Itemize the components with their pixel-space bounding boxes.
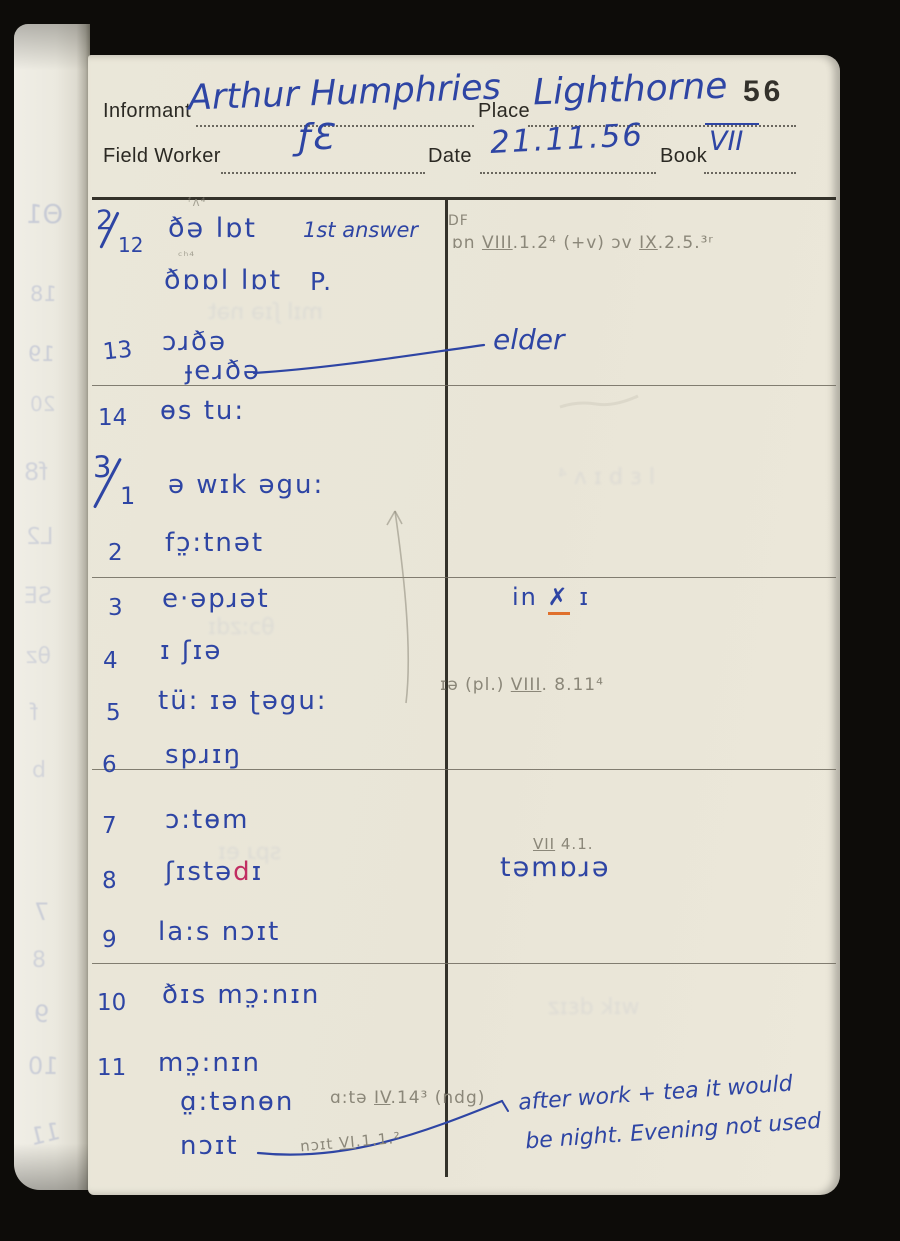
ghost-showthrough: 8 — [32, 948, 46, 973]
book-rule — [704, 172, 796, 174]
field-note-line1: after work + tea it would — [517, 1071, 793, 1115]
pencil-text: .1.1.² — [355, 1129, 402, 1151]
entry-number: 4 — [103, 648, 118, 674]
place-label: Place — [478, 100, 530, 123]
book-label: Book — [660, 145, 707, 168]
ghost-showthrough: wɪk dɛɪz — [548, 995, 639, 1020]
pencil-text: 4.1. — [555, 835, 593, 853]
phonetic-transcription: ɟeɹðə — [185, 356, 261, 386]
phonetic-transcription: ɵs tu: — [160, 396, 245, 426]
underlined-roman-numeral: IV — [374, 1088, 390, 1108]
pencil-reference-note: ɪə (pl.) VIII. 8.11⁴ — [440, 675, 604, 695]
date-rule — [480, 172, 656, 174]
ghost-showthrough: 10 — [28, 1052, 59, 1080]
phonetic-segment: ɪ — [252, 857, 264, 887]
ghost-showthrough: f — [30, 700, 38, 726]
ghost-showthrough: l ɛ b ɪ ʌ ⁴ — [558, 465, 655, 490]
date-label: Date — [428, 145, 472, 168]
book-value: VII — [705, 123, 759, 157]
ghost-showthrough: b — [32, 758, 46, 783]
underlined-roman-numeral: VIII — [511, 675, 542, 695]
ghost-showthrough: 20 — [30, 392, 55, 416]
ink-text: ɪ — [570, 583, 591, 611]
notebook-page: mɪl ʃɪə nət l ɛ b ɪ ʌ ⁴ θɔ:zdɪ spɹ eɪ wɪ… — [88, 55, 840, 1195]
scanned-notebook-photo: { "header": { "informant_label": "Inform… — [0, 0, 900, 1241]
phonetic-annotation-tomorrow: təmɒɹə — [500, 852, 610, 883]
ghost-showthrough: f8 — [24, 458, 48, 486]
entry-number: 3 — [108, 595, 123, 621]
entry-number: 2 — [108, 540, 123, 566]
pencil-reference-note: ɑ:tə IV.14³ (ndg) — [330, 1088, 485, 1108]
pencil-text: ɒn — [452, 233, 482, 253]
pencil-text: .2.5.³ʳ — [658, 233, 714, 253]
ghost-showthrough: Θ1 — [26, 200, 63, 230]
ghost-showthrough: 19 — [28, 342, 55, 366]
phonetic-transcription: ə wɪk əgu: — [168, 470, 324, 500]
phonetic-transcription: P. — [310, 267, 333, 296]
pencil-text: ɑ:tə — [330, 1088, 374, 1108]
date-value: 21.11.56 — [489, 117, 645, 161]
phonetic-transcription: ðɒɒl lɒt — [164, 265, 282, 296]
informant-value: Arthur Humphries — [187, 68, 501, 119]
entry-number: 12 — [118, 233, 143, 257]
pencil-superscript: ᶠʌ⁴ — [188, 195, 206, 209]
phonetic-transcription: ðə lɒt — [168, 213, 257, 244]
phonetic-transcription: ðɪs mɔ̤:nɪn — [162, 980, 320, 1010]
pencil-text: .1.2⁴ (+v) ɔv — [513, 233, 639, 253]
page-number-stamp: 56 — [743, 75, 784, 109]
entry-number: 10 — [97, 990, 126, 1016]
field-worker-rule — [221, 172, 425, 174]
ghost-showthrough: 7 — [34, 898, 49, 926]
ghost-showthrough: 9 — [34, 1000, 49, 1028]
phonetic-transcription: la:s nɔɪt — [158, 917, 280, 947]
place-value: Lighthorne — [532, 66, 728, 114]
pencil-reference-note: VII 4.1. — [533, 835, 594, 853]
entry-number: 5 — [106, 700, 121, 726]
phonetic-segment: ʃɪstə — [165, 857, 233, 887]
phonetic-transcription: spɹɪŋ — [165, 740, 242, 770]
underlined-roman-numeral: IX — [639, 233, 658, 253]
phonetic-transcription: ɪ ʃɪə — [160, 636, 222, 666]
phonetic-transcription: ɔɹðə — [162, 327, 227, 357]
entry-number: 9 — [102, 927, 117, 953]
ink-annotation-in-x: in ✗ ɪ — [512, 583, 590, 611]
entry-number: 7 — [102, 813, 117, 839]
entry-number: 14 — [98, 405, 127, 431]
informant-rule — [196, 125, 474, 127]
answer-note: 1st answer — [303, 218, 418, 242]
phonetic-transcription: tü: ɪə ʈəgu: — [158, 686, 328, 716]
phonetic-transcription: mɔ̤:nɪn — [158, 1048, 261, 1078]
entry-number: 13 — [102, 337, 134, 366]
pencil-heading-abbrev: DF — [448, 213, 469, 229]
underlined-roman-numeral: VII — [533, 835, 555, 853]
pencil-reference-note: ɒn VIII.1.2⁴ (+v) ɔv IX.2.5.³ʳ — [452, 233, 714, 253]
row-separator — [92, 577, 836, 578]
phonetic-transcription: e·əpɹət — [162, 584, 270, 614]
phonetic-transcription: ʃɪstədɪ — [165, 857, 263, 887]
ink-text: in — [512, 583, 548, 611]
entry-number: 11 — [97, 1055, 126, 1081]
phonetic-transcription: ɑ̤:tənɵn — [180, 1087, 294, 1117]
ghost-showthrough: 18 — [30, 282, 57, 306]
pencil-reference-note: nɔɪt VI.1.1.² — [299, 1129, 401, 1156]
row-separator — [92, 963, 836, 964]
crossmark-orange-underline: ✗ — [548, 583, 570, 615]
ghost-showthrough: mɪl ʃɪə nət — [208, 300, 323, 325]
phonetic-transcription: nɔɪt — [180, 1131, 239, 1161]
ghost-showthrough: SE — [24, 584, 52, 609]
field-worker-value: ƒƐ — [298, 117, 333, 158]
pencil-superscript: ᶜʰ⁴ — [178, 249, 195, 263]
pencil-text: (ndg) — [428, 1088, 485, 1108]
entry-number: 2 — [96, 205, 113, 236]
underlined-roman-numeral: VI — [338, 1133, 356, 1152]
phonetic-transcription: fɔ̤:tnət — [165, 528, 264, 558]
entry-number: 8 — [102, 868, 117, 894]
phonetic-transcription: ɔ:tɵm — [165, 805, 249, 835]
entry-number: 6 — [102, 752, 117, 778]
ghost-showthrough: L2 — [26, 524, 53, 550]
entry-number: 1 — [120, 482, 135, 510]
ghost-showthrough: θz — [26, 644, 51, 669]
gloss-elder: elder — [493, 323, 565, 356]
red-correction-letter: d — [233, 857, 252, 887]
field-note-line2: be night. Evening not used — [524, 1109, 821, 1155]
field-worker-label: Field Worker — [103, 145, 221, 168]
underlined-roman-numeral: VIII — [482, 233, 513, 253]
pencil-text: ɪə (pl.) — [440, 675, 511, 695]
pencil-text: nɔɪt — [299, 1134, 339, 1155]
pencil-text: . 8.11⁴ — [541, 675, 603, 695]
informant-label: Informant — [103, 100, 191, 123]
pencil-text: .14³ — [391, 1088, 429, 1108]
